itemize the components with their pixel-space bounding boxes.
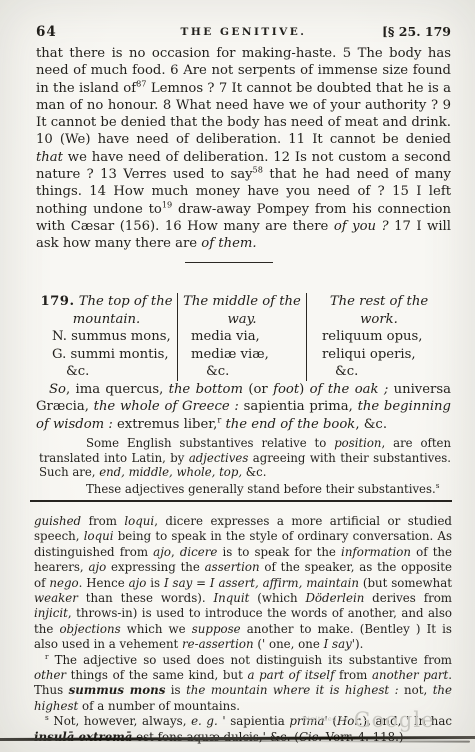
section-reference: [§ 25. 179 xyxy=(382,24,451,39)
note-paragraph: These adjectives generally stand before … xyxy=(39,482,451,497)
table-row: N. summus mons, xyxy=(36,328,177,346)
heading-line: way. xyxy=(227,312,256,327)
table-column-1: 179. The top of the mountain. N. summus … xyxy=(36,293,177,381)
note-paragraph: Some English substantives relative to po… xyxy=(39,436,451,480)
exercise-paragraph: that there is no occasion for making-has… xyxy=(36,45,451,253)
examples-paragraph: So, ima quercus, the bottom (or foot) of… xyxy=(36,381,451,433)
footnote-separator-rule xyxy=(30,500,452,502)
section-divider-rule xyxy=(185,262,273,263)
table-heading-2: The middle of the way. xyxy=(178,293,306,328)
table-column-3: The rest of the work. reliquum opus, rel… xyxy=(306,293,451,381)
google-watermark: Digitized by Google xyxy=(302,708,435,732)
paradigm-table: 179. The top of the mountain. N. summus … xyxy=(36,293,451,381)
table-row: reliquum opus, xyxy=(307,328,451,346)
watermark-prefix: Digitized by xyxy=(302,715,349,723)
table-row: mediæ viæ, xyxy=(178,346,306,364)
table-row: G. summi montis, xyxy=(36,346,177,364)
heading-line: The top of the xyxy=(79,294,173,309)
table-heading-3: The rest of the work. xyxy=(307,293,451,328)
table-row: reliqui operis, xyxy=(307,346,451,364)
footnote-continued: guished from loqui, dicere expresses a m… xyxy=(34,514,452,653)
table-row: &c. xyxy=(36,363,177,381)
page-header: 64 THE GENITIVE. [§ 25. 179 xyxy=(36,24,451,40)
heading-line: work. xyxy=(360,312,398,327)
table-row: media via, xyxy=(178,328,306,346)
table-row: &c. xyxy=(178,363,306,381)
small-print-note: Some English substantives relative to po… xyxy=(39,436,451,496)
table-column-2: The middle of the way. media via, mediæ … xyxy=(177,293,306,381)
heading-line: The middle of the xyxy=(183,294,301,309)
heading-line: The rest of the xyxy=(330,294,428,309)
table-row: &c. xyxy=(307,363,451,381)
footnote-r: r The adjective so used does not disting… xyxy=(34,653,452,715)
section-number: 179. xyxy=(40,294,74,309)
heading-line: mountain. xyxy=(73,312,141,327)
google-logo: Google xyxy=(354,708,435,732)
book-page-scan: 64 THE GENITIVE. [§ 25. 179 that there i… xyxy=(0,0,475,752)
table-heading-1: 179. The top of the mountain. xyxy=(36,293,177,328)
